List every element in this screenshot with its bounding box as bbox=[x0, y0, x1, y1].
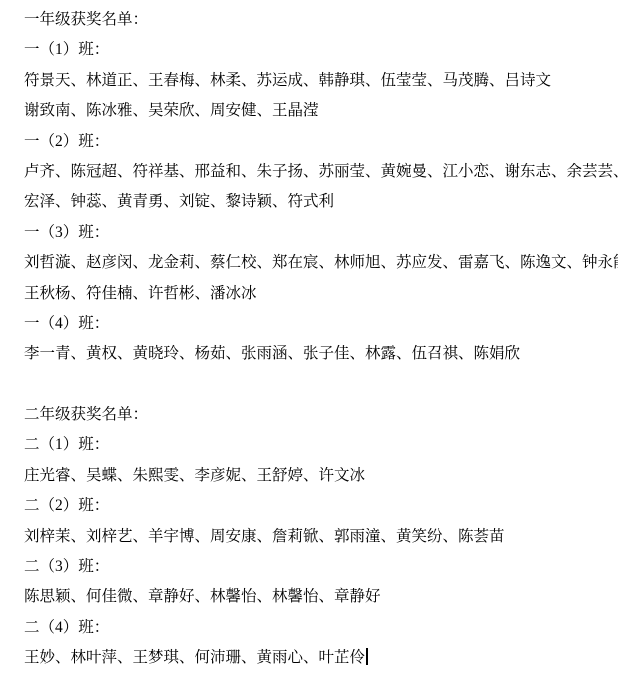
grade2-class4-names-text: 王妙、林叶萍、王梦琪、何沛珊、黄雨心、叶芷伶 bbox=[24, 649, 365, 666]
grade2-class3-names-line1[interactable]: 陈思颖、何佳微、章静好、林馨怡、林馨怡、章静好 bbox=[24, 582, 600, 612]
grade1-class4-names-line1[interactable]: 李一青、黄权、黄晓玲、杨茹、张雨涵、张子佳、林露、伍召祺、陈娟欣 bbox=[24, 339, 600, 369]
grade1-class2-names-line2[interactable]: 宏泽、钟蕊、黄青勇、刘锭、黎诗颖、符式利 bbox=[24, 187, 600, 217]
grade1-class1-label[interactable]: 一（1）班： bbox=[24, 35, 600, 65]
grade2-class4-label[interactable]: 二（4）班： bbox=[24, 613, 600, 643]
text-cursor bbox=[366, 648, 368, 665]
document-page[interactable]: 一年级获奖名单： 一（1）班： 符景天、林道正、王春梅、林柔、苏运成、韩静琪、伍… bbox=[0, 0, 618, 697]
grade2-title: 二年级获奖名单： bbox=[24, 400, 600, 430]
grade1-class1-names-line2[interactable]: 谢致南、陈冰雅、吴荣欣、周安健、王晶滢 bbox=[24, 96, 600, 126]
grade1-class3-names-line1[interactable]: 刘哲漩、赵彦闵、龙金莉、蔡仁校、郑在宸、林师旭、苏应发、雷嘉飞、陈逸文、钟永能、 bbox=[24, 248, 600, 278]
blank-line[interactable] bbox=[24, 370, 600, 400]
grade2-class1-names-line1[interactable]: 庄光睿、吴蝶、朱熙雯、李彦妮、王舒婷、许文冰 bbox=[24, 461, 600, 491]
grade2-class4-names-line1[interactable]: 王妙、林叶萍、王梦琪、何沛珊、黄雨心、叶芷伶 bbox=[24, 643, 600, 673]
grade2-class2-label[interactable]: 二（2）班： bbox=[24, 491, 600, 521]
grade2-class3-label[interactable]: 二（3）班： bbox=[24, 552, 600, 582]
grade1-class3-label[interactable]: 一（3）班： bbox=[24, 218, 600, 248]
grade1-class2-names-line1[interactable]: 卢齐、陈冠超、符祥基、邢益和、朱子扬、苏丽莹、黄婉曼、江小恋、谢东志、余芸芸、黄 bbox=[24, 157, 600, 187]
grade1-class3-names-line2[interactable]: 王秋杨、符佳楠、许哲彬、潘冰冰 bbox=[24, 279, 600, 309]
grade2-class1-label[interactable]: 二（1）班： bbox=[24, 430, 600, 460]
grade2-class2-names-line1[interactable]: 刘梓茉、刘梓艺、羊宇博、周安康、詹莉锨、郭雨潼、黄笑纷、陈荟苗 bbox=[24, 522, 600, 552]
grade1-title: 一年级获奖名单： bbox=[24, 5, 600, 35]
grade1-class4-label[interactable]: 一（4）班： bbox=[24, 309, 600, 339]
grade1-class2-label[interactable]: 一（2）班： bbox=[24, 127, 600, 157]
grade1-class1-names-line1[interactable]: 符景天、林道正、王春梅、林柔、苏运成、韩静琪、伍莹莹、马茂腾、吕诗文 bbox=[24, 66, 600, 96]
